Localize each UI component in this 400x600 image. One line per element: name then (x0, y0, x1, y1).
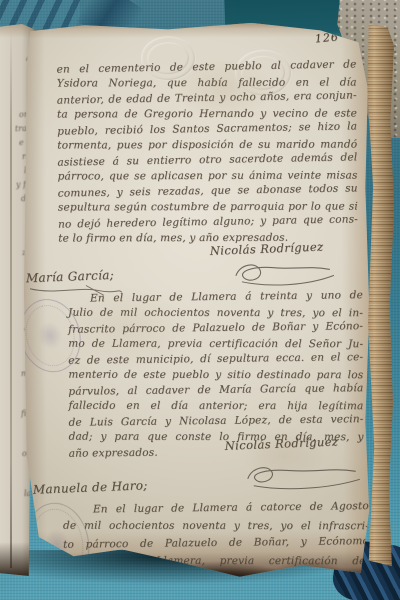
entry-heading-maria-garcia: María García; (26, 268, 115, 285)
entry-text-line: En el lugar de Llamera á treinta y uno d… (68, 288, 363, 307)
entry-text-line: de mil ochocientos noventa y tres, yo el… (63, 517, 369, 535)
entry-heading-manuela-de-haro: Manuela de Haro; (33, 478, 148, 496)
page-edge-line (10, 30, 12, 568)
manuscript-page: 126 en el cementerio de este pueblo al c… (23, 21, 371, 579)
entry-text-line: de Luis García y Nicolasa López, de esta… (68, 412, 363, 431)
signature: Nicolás Rodríguez (210, 239, 324, 257)
signature-rubric (240, 458, 365, 491)
burial-entry-continuation: en el cementerio de este pueblo al cadav… (56, 59, 358, 248)
entry-text-line: párvulos, al cadaver de María García que… (68, 381, 363, 400)
entry-text-line: ez de este municipio, dí sepultura ecca.… (68, 350, 363, 369)
signature-rubric (230, 257, 340, 287)
entry-text-line: to párroco de Palazuelo de Boñar, y Ecón… (63, 533, 369, 554)
entry-text-line: En el lugar de Llamera á catorce de Agos… (63, 498, 369, 519)
entry-text-line: frascrito párroco de Palazuelo de Boñar … (68, 319, 363, 338)
manuscript-photo: a om tras e a ra la y fo de za el mi fin… (0, 0, 400, 600)
